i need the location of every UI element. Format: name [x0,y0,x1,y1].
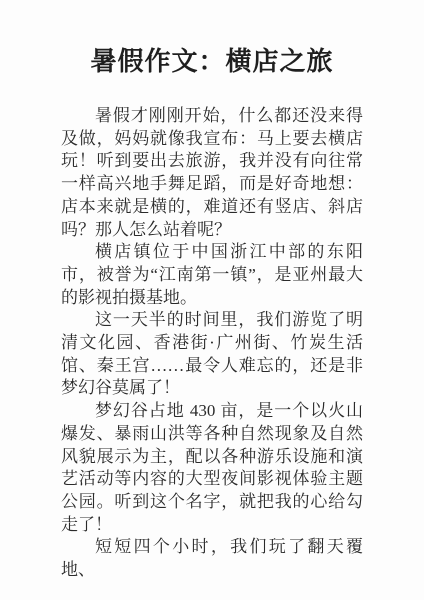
paragraph-hengdian-location: 横店镇位于中国浙江中部的东阳市，被誉为“江南第一镇”，是亚州最大的影视拍摄基地。 [61,241,363,309]
document-title: 暑假作文：横店之旅 [0,0,424,78]
paragraph-dream-valley: 梦幻谷占地 430 亩，是一个以火山爆发、暴雨山洪等各种自然现象及自然风貌展示为… [61,400,363,536]
document-page: 暑假作文：横店之旅 暑假才刚刚开始，什么都还没来得及做，妈妈就像我宣布：马上要去… [0,0,424,600]
essay-body: 暑假才刚刚开始，什么都还没来得及做，妈妈就像我宣布：马上要去横店玩！听到要出去旅… [61,105,363,582]
paragraph-intro: 暑假才刚刚开始，什么都还没来得及做，妈妈就像我宣布：马上要去横店玩！听到要出去旅… [61,105,363,241]
paragraph-tour-sites: 这一天半的时间里，我们游览了明清文化园、香港街·广州街、竹炭生活馆、秦王宫……最… [61,309,363,400]
paragraph-four-hours: 短短四个小时，我们玩了翻天覆地、 [61,536,363,581]
